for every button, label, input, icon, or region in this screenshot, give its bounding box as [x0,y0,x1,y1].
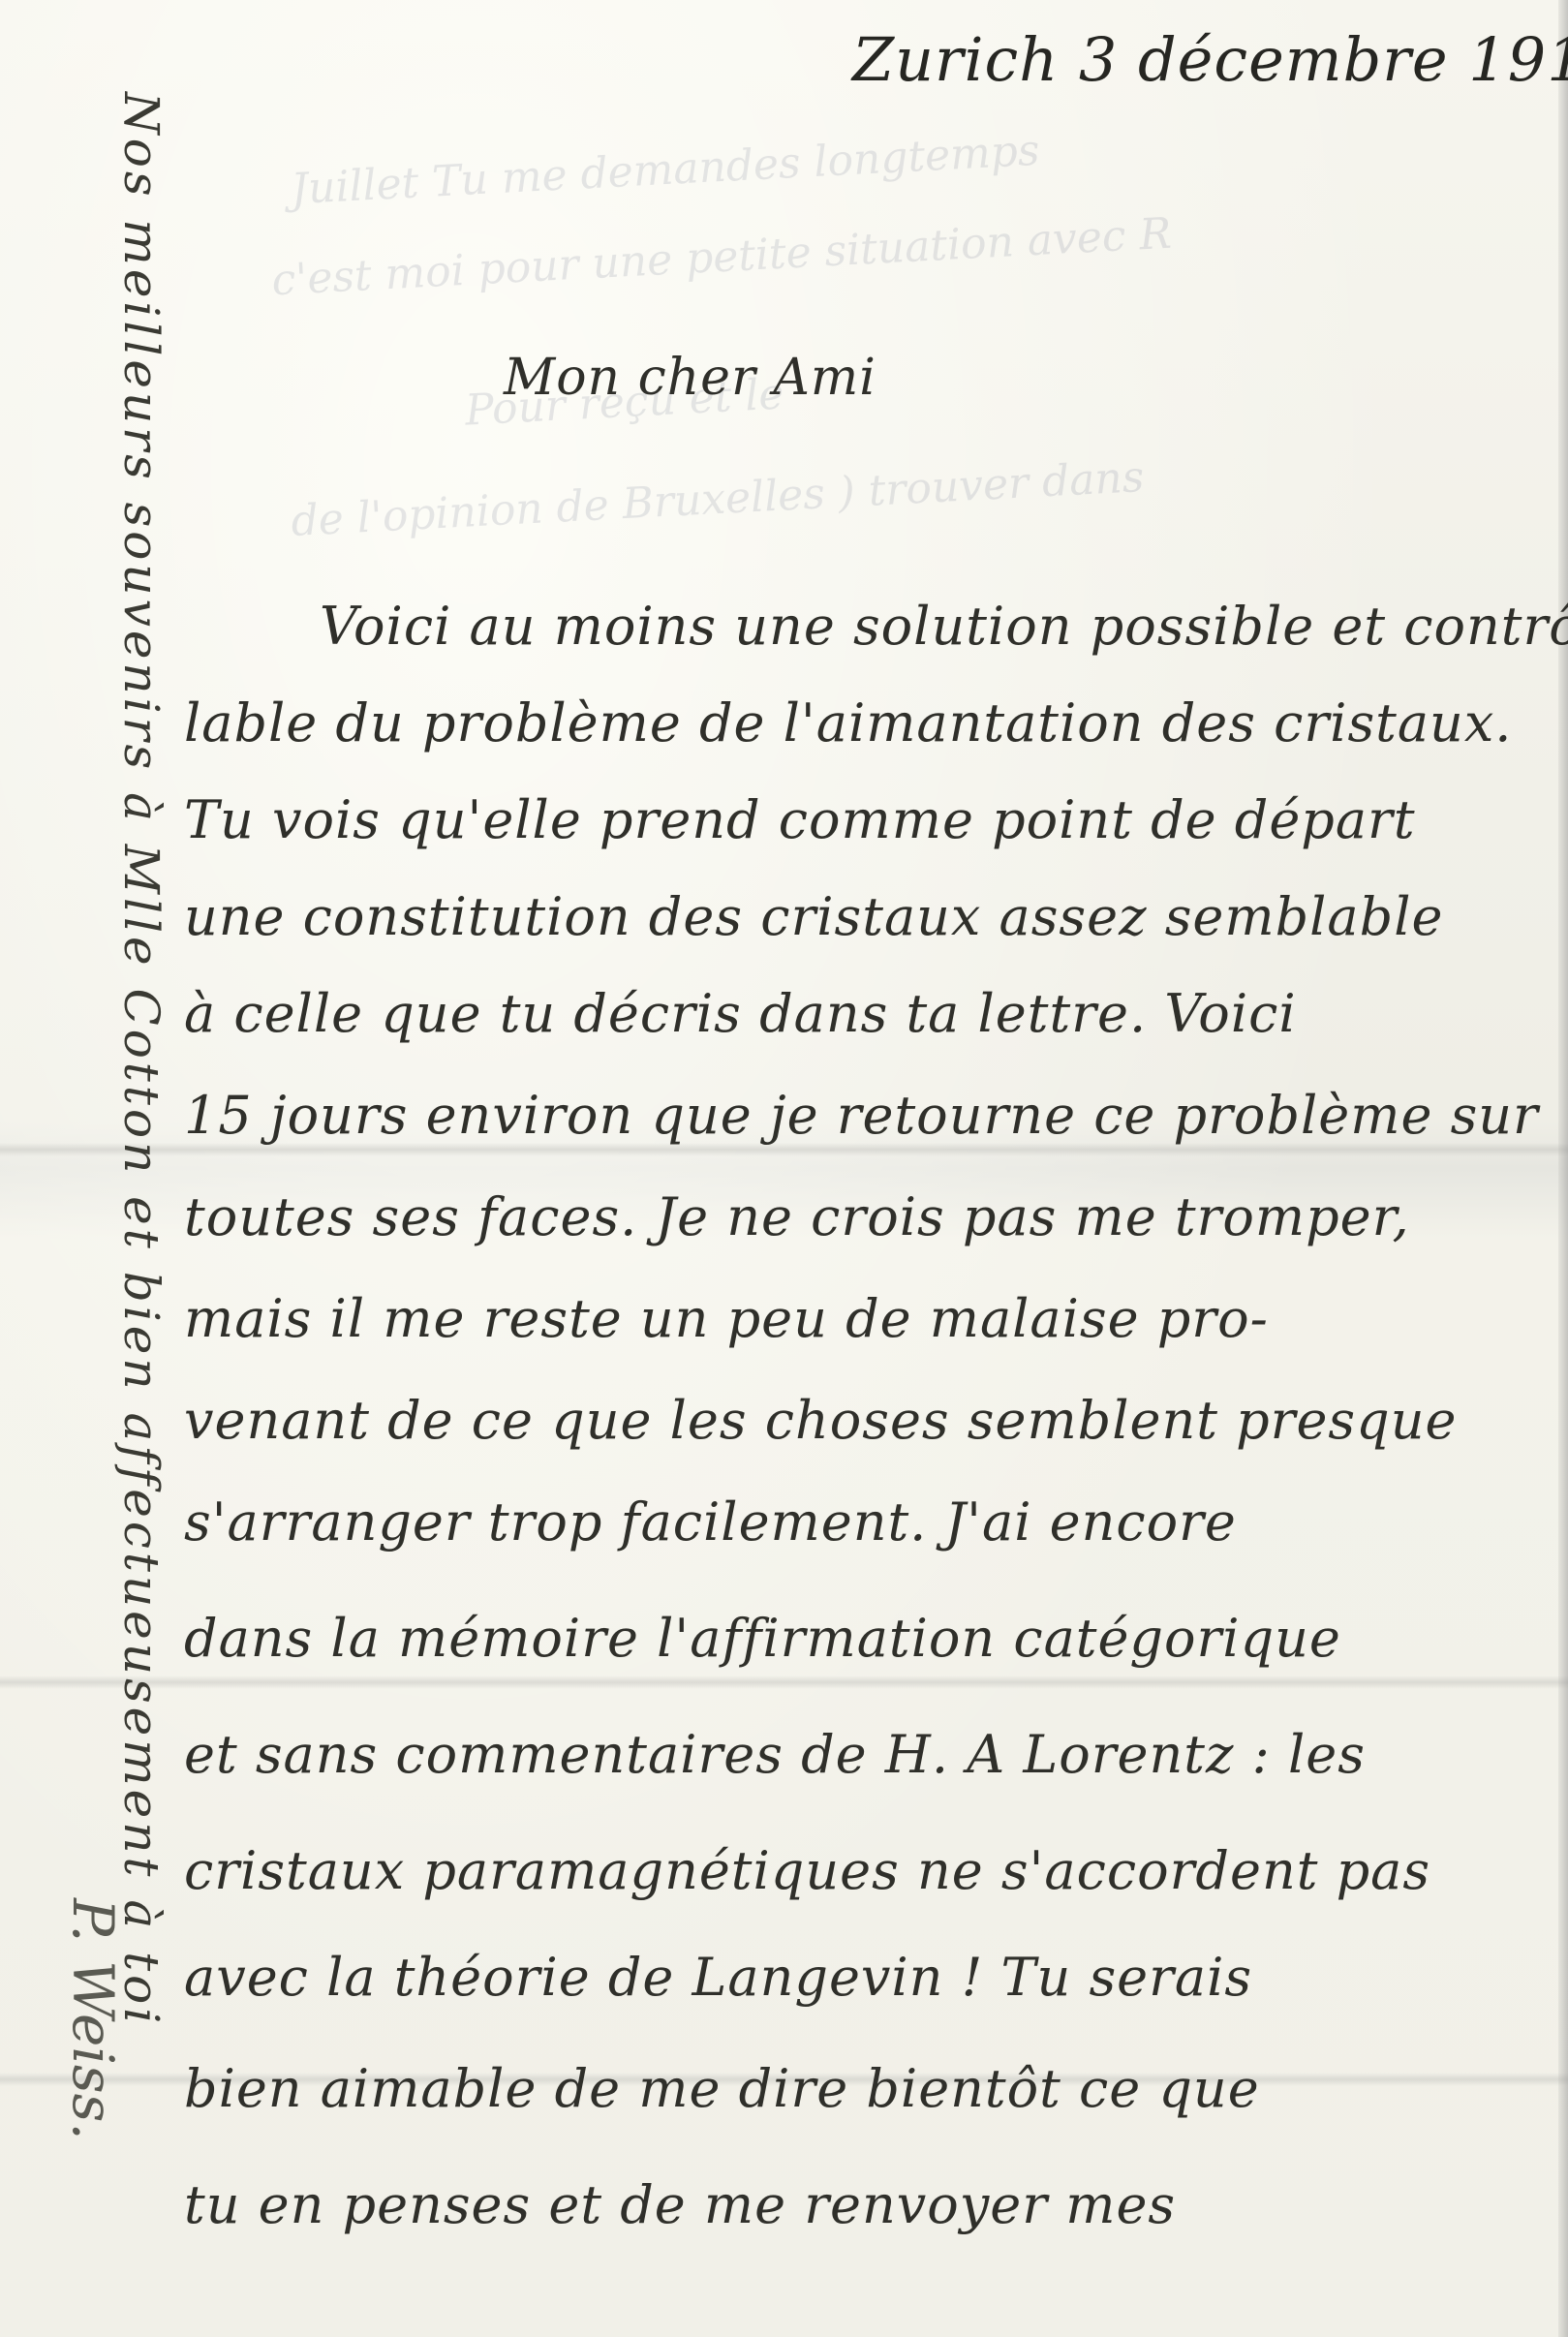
body-line: lable du problème de l'aimantation des c… [184,692,1512,753]
body-line: toutes ses faces. Je ne crois pas me tro… [184,1186,1410,1247]
bleed-line: c'est moi pour une petite situation avec… [270,209,1172,306]
body-line: cristaux paramagnétiques ne s'accordent … [184,1840,1430,1901]
letter-page: Juillet Tu me demandes longtemps c'est m… [0,0,1568,2337]
letter-date: Zurich 3 décembre 1911 [852,24,1568,95]
paper-edge [1558,0,1568,2337]
body-line: une constitution des cristaux assez semb… [184,886,1443,947]
body-line: 15 jours environ que je retourne ce prob… [184,1085,1539,1146]
bleed-line: de l'opinion de Bruxelles ) trouver dans [290,452,1145,546]
body-line: s'arranger trop facilement. J'ai encore [184,1491,1237,1553]
paper-fold [0,1676,1568,1689]
body-line: tu en penses et de me renvoyer mes [184,2174,1176,2235]
body-line: venant de ce que les choses semblent pre… [184,1390,1457,1451]
body-line: bien aimable de me dire bientôt ce que [184,2058,1260,2119]
body-line: à celle que tu décris dans ta lettre. Vo… [184,983,1297,1044]
body-line: mais il me reste un peu de malaise pro- [184,1288,1269,1349]
bleed-line: Juillet Tu me demandes longtemps [290,126,1040,214]
body-line: Voici au moins une solution possible et … [320,596,1568,657]
body-line: dans la mémoire l'affirmation catégoriqu… [184,1608,1341,1669]
body-line: avec la théorie de Langevin ! Tu serais [184,1947,1252,2008]
body-line: et sans commentaires de H. A Lorentz : l… [184,1724,1366,1785]
salutation: Mon cher Ami [504,349,876,407]
signature: P. Weiss. [60,1898,126,2140]
body-line: Tu vois qu'elle prend comme point de dép… [184,789,1416,850]
margin-note: Nos meilleurs souvenirs à Mlle Cotton et… [113,92,169,2027]
